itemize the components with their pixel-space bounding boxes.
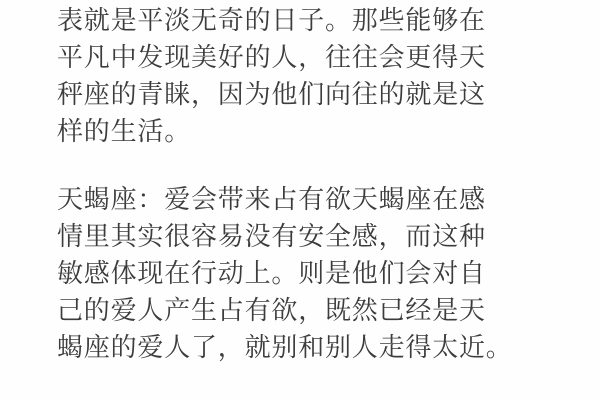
text-line: 情里其实很容易没有安全感，而这种 bbox=[57, 218, 600, 255]
text-line: 秤座的青睐，因为他们向往的就是这 bbox=[57, 76, 600, 113]
text-line: 表就是平淡无奇的日子。那些能够在 bbox=[57, 2, 600, 39]
text-line: 敏感体现在行动上。则是他们会对自 bbox=[57, 255, 600, 292]
text-line: 蝎座的爱人了，就别和别人走得太近。 bbox=[57, 329, 600, 366]
text-line: 己的爱人产生占有欲，既然已经是天 bbox=[57, 292, 600, 329]
article-text: 表就是平淡无奇的日子。那些能够在 平凡中发现美好的人，往往会更得天 秤座的青睐，… bbox=[0, 0, 600, 366]
paragraph-libra: 表就是平淡无奇的日子。那些能够在 平凡中发现美好的人，往往会更得天 秤座的青睐，… bbox=[57, 2, 600, 150]
text-line: 天蝎座：爱会带来占有欲天蝎座在感 bbox=[57, 181, 600, 218]
paragraph-scorpio: 天蝎座：爱会带来占有欲天蝎座在感 情里其实很容易没有安全感，而这种 敏感体现在行… bbox=[57, 181, 600, 366]
text-line: 样的生活。 bbox=[57, 113, 600, 150]
text-line: 平凡中发现美好的人，往往会更得天 bbox=[57, 39, 600, 76]
